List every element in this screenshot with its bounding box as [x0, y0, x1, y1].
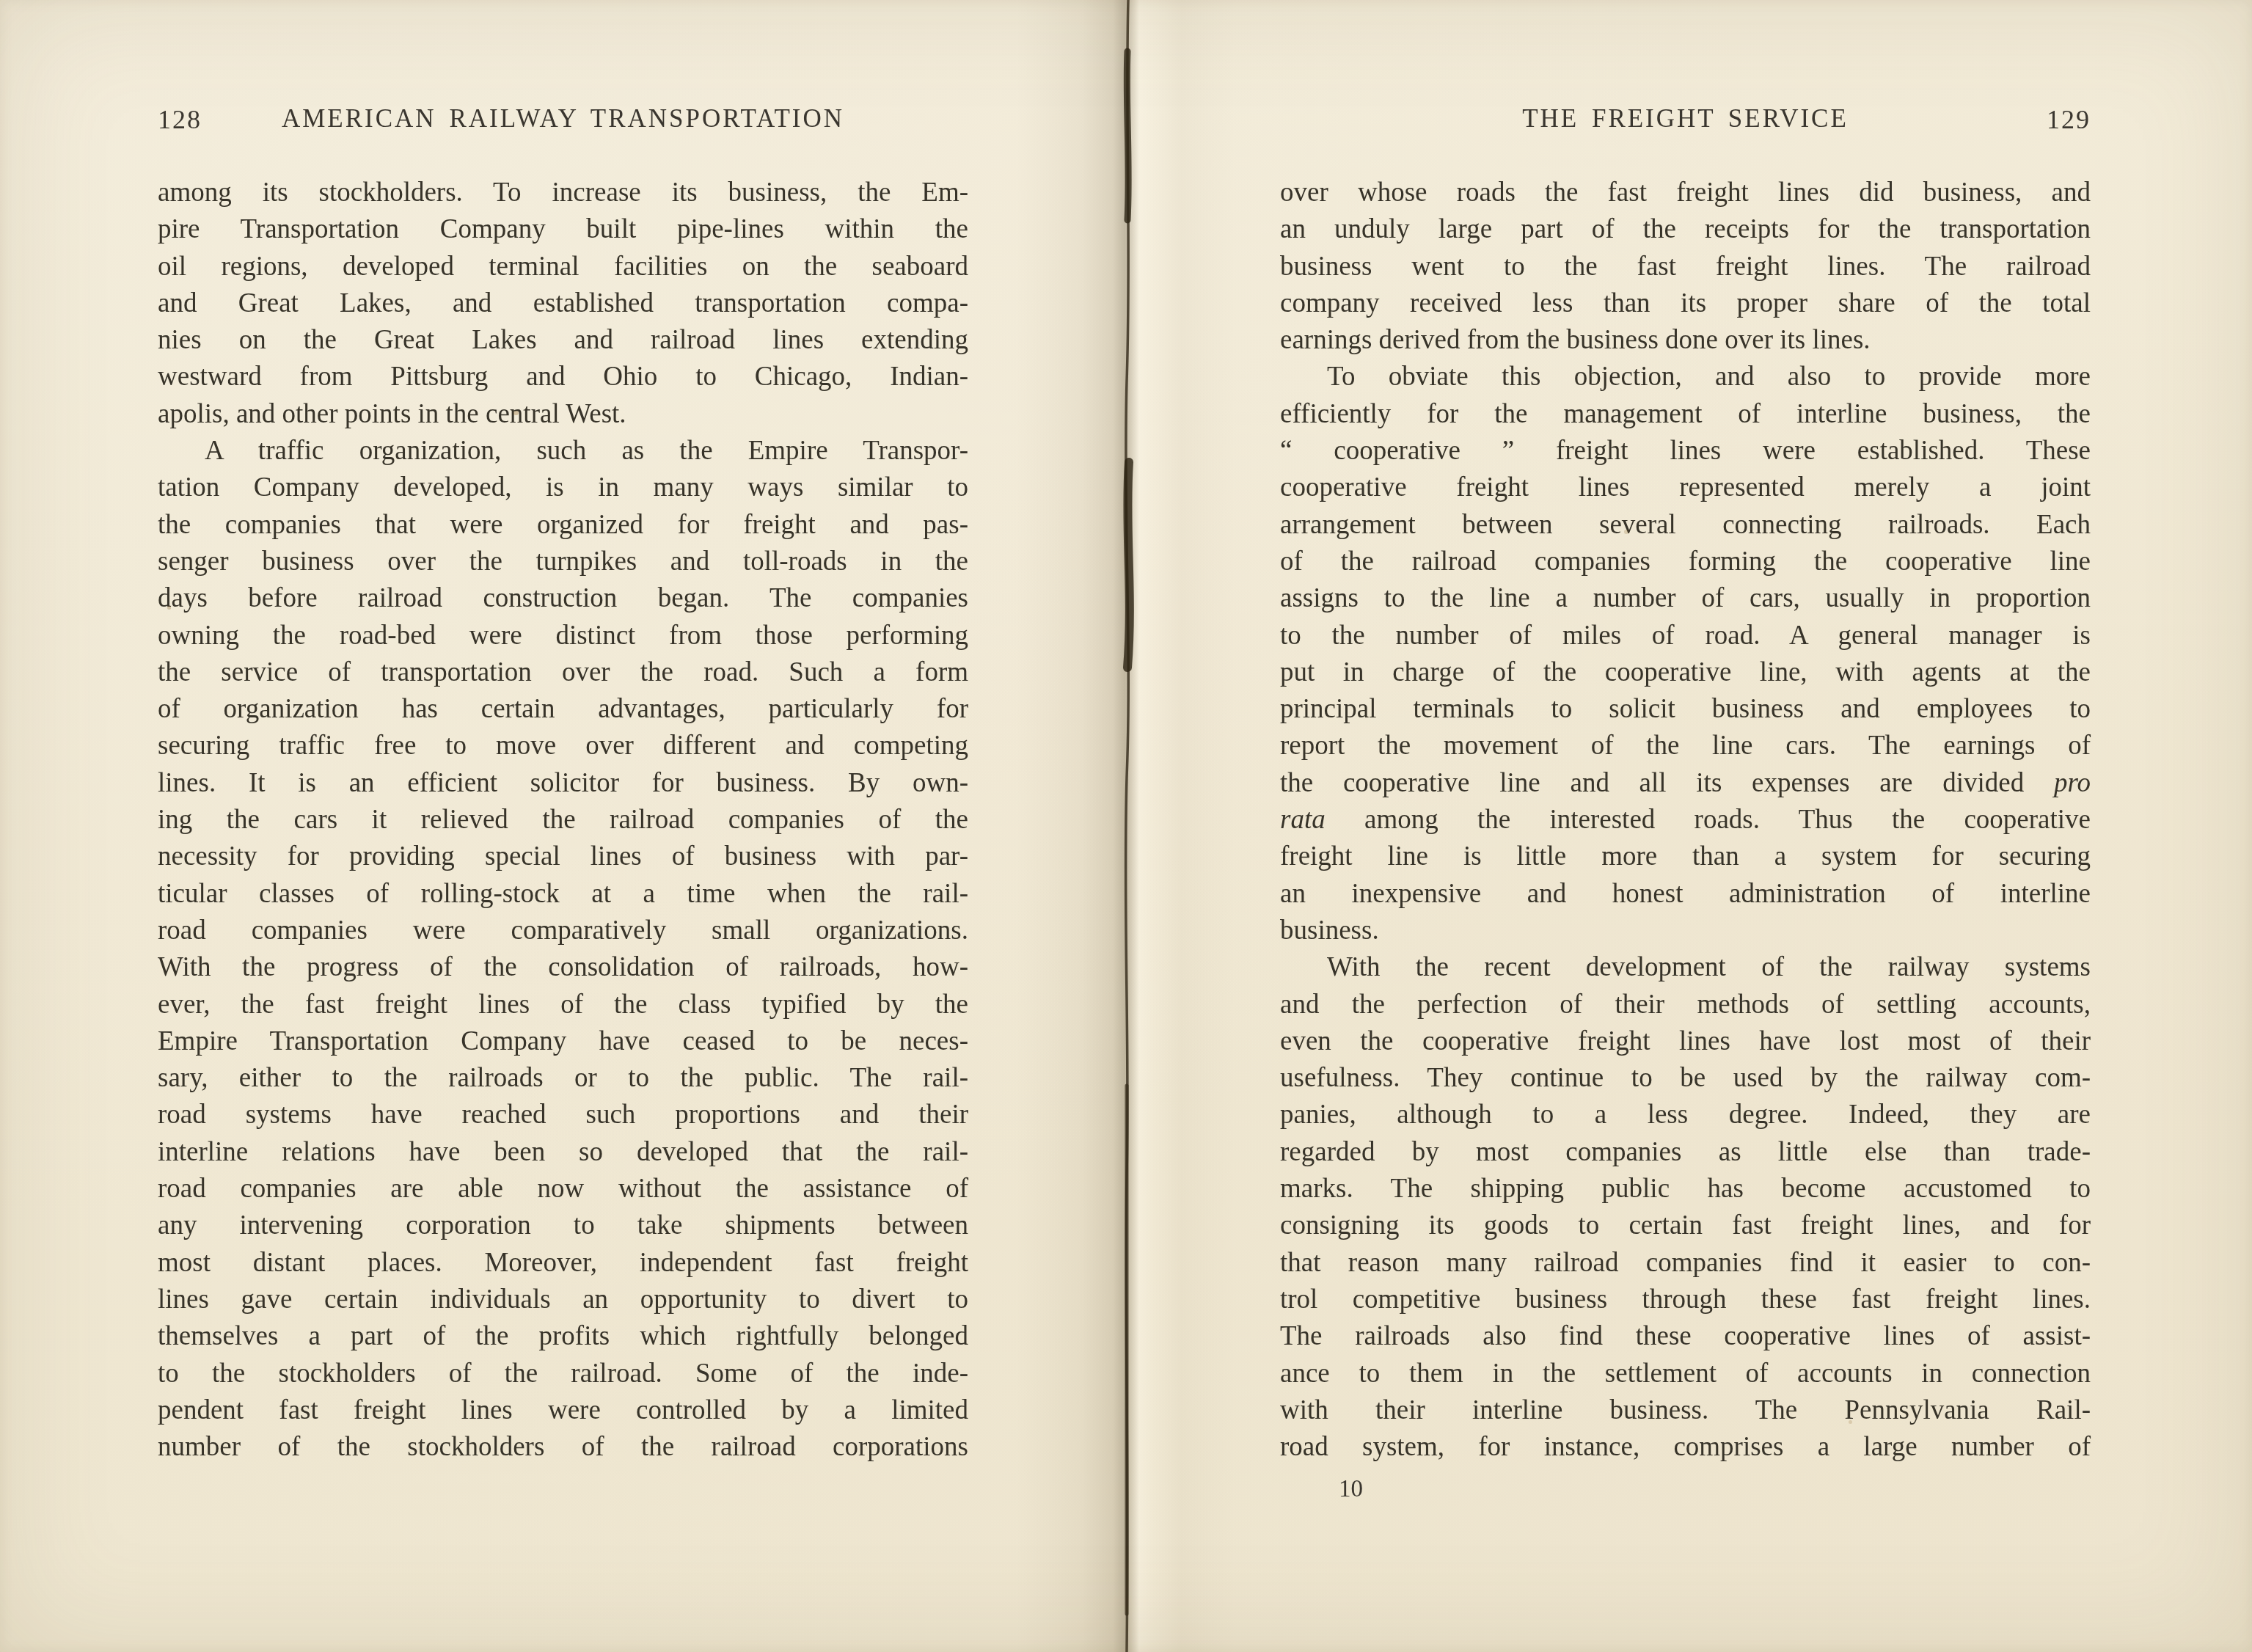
- text-line: with their interline business. The Penns…: [1280, 1392, 2091, 1429]
- text-line: the service of transportation over the r…: [158, 654, 968, 691]
- left-page: 128 AMERICAN RAILWAY TRANSPORTATION amon…: [0, 0, 1126, 1652]
- text-line: A traffic organization, such as the Empi…: [158, 433, 968, 469]
- text-line: among its stockholders. To increase its …: [158, 175, 968, 211]
- text-line: road companies were comparatively small …: [158, 913, 968, 949]
- text-line: business.: [1280, 913, 2091, 949]
- text-line: cooperative freight lines represented me…: [1280, 469, 2091, 506]
- text-line: usefulness. They continue to be used by …: [1280, 1060, 2091, 1097]
- text-line: necessity for providing special lines of…: [158, 838, 968, 875]
- text-line: days before railroad construction began.…: [158, 580, 968, 617]
- left-running-title: AMERICAN RAILWAY TRANSPORTATION: [158, 104, 968, 134]
- left-page-body: among its stockholders. To increase its …: [158, 175, 968, 1466]
- text-line: an unduly large part of the receipts for…: [1280, 211, 2091, 248]
- text-line: panies, although to a less degree. Indee…: [1280, 1097, 2091, 1133]
- text-line: pire Transportation Company built pipe-l…: [158, 211, 968, 248]
- text-line: interline relations have been so develop…: [158, 1134, 968, 1171]
- text-line: most distant places. Moreover, independe…: [158, 1245, 968, 1282]
- text-line: nies on the Great Lakes and railroad lin…: [158, 322, 968, 359]
- text-line: freight line is little more than a syste…: [1280, 838, 2091, 875]
- text-line: number of the stockholders of the railro…: [158, 1429, 968, 1466]
- right-page-number: 129: [2047, 104, 2091, 135]
- text-line: that reason many railroad companies find…: [1280, 1245, 2091, 1282]
- text-line: even the cooperative freight lines have …: [1280, 1023, 2091, 1060]
- right-running-title: THE FREIGHT SERVICE: [1280, 104, 2091, 134]
- text-line: efficiently for the management of interl…: [1280, 396, 2091, 433]
- text-line: to the number of miles of road. A genera…: [1280, 618, 2091, 654]
- text-line: put in charge of the cooperative line, w…: [1280, 654, 2091, 691]
- right-page: THE FREIGHT SERVICE 129 over whose roads…: [1126, 0, 2252, 1652]
- text-line: business went to the fast freight lines.…: [1280, 249, 2091, 285]
- text-line: of the railroad companies forming the co…: [1280, 544, 2091, 580]
- text-line: company received less than its proper sh…: [1280, 285, 2091, 322]
- text-line: ticular classes of rolling-stock at a ti…: [158, 876, 968, 913]
- text-line: regarded by most companies as little els…: [1280, 1134, 2091, 1171]
- text-line: themselves a part of the profits which r…: [158, 1318, 968, 1355]
- text-line: senger business over the turnpikes and t…: [158, 544, 968, 580]
- text-line: the companies that were organized for fr…: [158, 507, 968, 544]
- text-line: of organization has certain advantages, …: [158, 691, 968, 728]
- text-line: consigning its goods to certain fast fre…: [1280, 1207, 2091, 1244]
- text-line: rata among the interested roads. Thus th…: [1280, 802, 2091, 838]
- text-line: any intervening corporation to take ship…: [158, 1207, 968, 1244]
- text-line: ing the cars it relieved the railroad co…: [158, 802, 968, 838]
- text-line: owning the road-bed were distinct from t…: [158, 618, 968, 654]
- text-line: marks. The shipping public has become ac…: [1280, 1171, 2091, 1207]
- text-line: Empire Transportation Company have cease…: [158, 1023, 968, 1060]
- text-line: an inexpensive and honest administration…: [1280, 876, 2091, 913]
- text-line: principal terminals to solicit business …: [1280, 691, 2091, 728]
- text-line: earnings derived from the business done …: [1280, 322, 2091, 359]
- text-line: oil regions, developed terminal faciliti…: [158, 249, 968, 285]
- text-line: ance to them in the settlement of accoun…: [1280, 1356, 2091, 1392]
- text-line: westward from Pittsburg and Ohio to Chic…: [158, 359, 968, 395]
- text-line: securing traffic free to move over diffe…: [158, 728, 968, 764]
- text-line: With the recent development of the railw…: [1280, 949, 2091, 986]
- text-line: “ cooperative ” freight lines were estab…: [1280, 433, 2091, 469]
- left-running-header: 128 AMERICAN RAILWAY TRANSPORTATION: [158, 104, 968, 139]
- text-line: The railroads also find these cooperativ…: [1280, 1318, 2091, 1355]
- text-line: tation Company developed, is in many way…: [158, 469, 968, 506]
- text-line: arrangement between several connecting r…: [1280, 507, 2091, 544]
- text-line: the cooperative line and all its expense…: [1280, 765, 2091, 802]
- text-line: With the progress of the consolidation o…: [158, 949, 968, 986]
- text-line: and Great Lakes, and established transpo…: [158, 285, 968, 322]
- text-line: To obviate this objection, and also to p…: [1280, 359, 2091, 395]
- text-line: ever, the fast freight lines of the clas…: [158, 987, 968, 1023]
- signature-mark: 10: [1339, 1476, 1363, 1503]
- right-page-body: over whose roads the fast freight lines …: [1280, 175, 2091, 1466]
- text-line: lines. It is an efficient solicitor for …: [158, 765, 968, 802]
- text-line: road systems have reached such proportio…: [158, 1097, 968, 1133]
- text-line: to the stockholders of the railroad. Som…: [158, 1356, 968, 1392]
- text-line: and the perfection of their methods of s…: [1280, 987, 2091, 1023]
- right-running-header: THE FREIGHT SERVICE 129: [1280, 104, 2091, 139]
- text-line: road companies are able now without the …: [158, 1171, 968, 1207]
- text-line: pendent fast freight lines were controll…: [158, 1392, 968, 1429]
- text-line: assigns to the line a number of cars, us…: [1280, 580, 2091, 617]
- text-line: trol competitive business through these …: [1280, 1282, 2091, 1318]
- text-line: apolis, and other points in the central …: [158, 396, 968, 433]
- text-line: road system, for instance, comprises a l…: [1280, 1429, 2091, 1466]
- text-line: over whose roads the fast freight lines …: [1280, 175, 2091, 211]
- text-line: report the movement of the line cars. Th…: [1280, 728, 2091, 764]
- text-line: lines gave certain individuals an opport…: [158, 1282, 968, 1318]
- text-line: sary, either to the railroads or to the …: [158, 1060, 968, 1097]
